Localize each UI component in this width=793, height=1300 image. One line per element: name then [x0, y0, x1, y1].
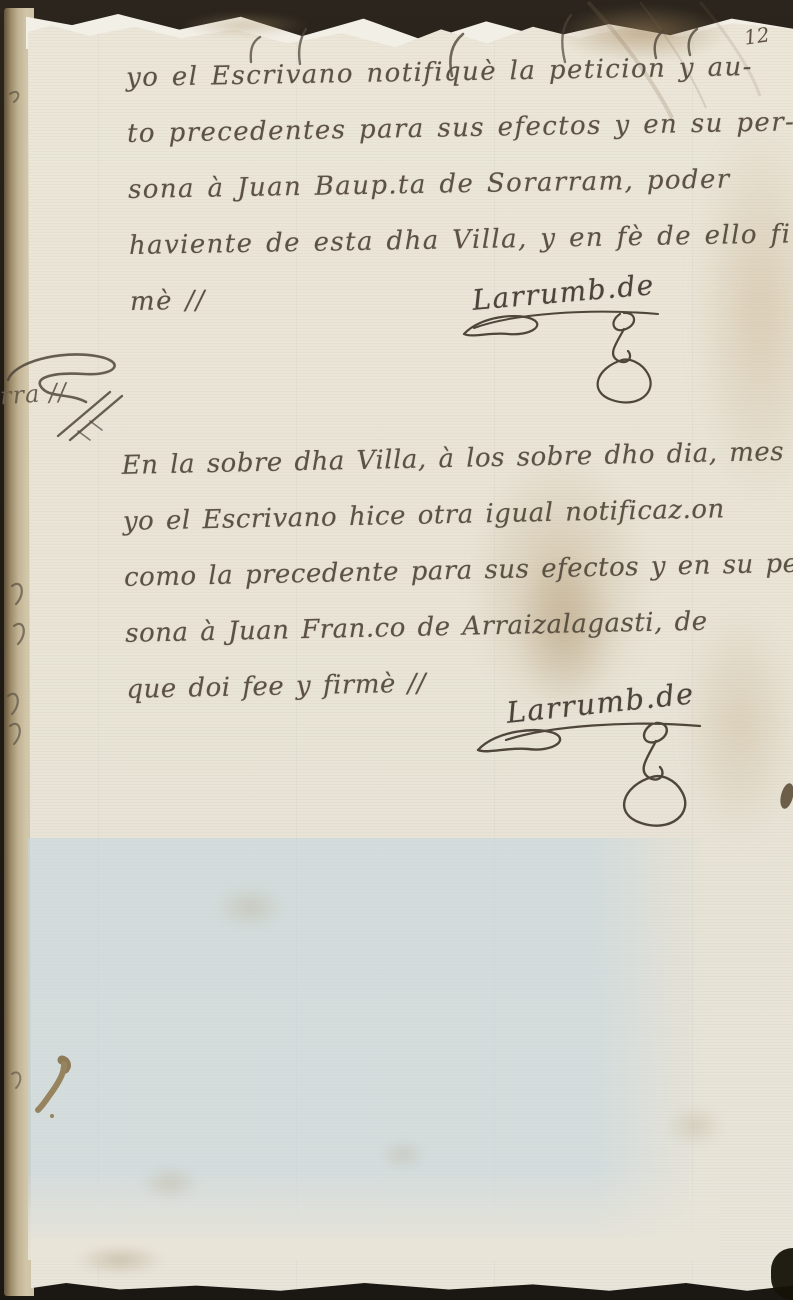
- blue-tint-fade: [28, 1170, 720, 1260]
- signature-1-rubric: [458, 308, 688, 428]
- ink-blot: [34, 1056, 94, 1126]
- manuscript-scan: 12 yo el Escrivano notifiquè la peticion…: [0, 0, 793, 1300]
- signature-2-rubric: [470, 716, 730, 846]
- paragraph-1: yo el Escrivano notifiquè la peticion y …: [126, 38, 793, 330]
- text-line: haviente de esta dha Villa, y en fè de e…: [129, 206, 793, 274]
- previous-page-ink-fragments: [2, 8, 32, 1298]
- paragraph-2: En la sobre dha Villa, à los sobre dho d…: [121, 422, 793, 718]
